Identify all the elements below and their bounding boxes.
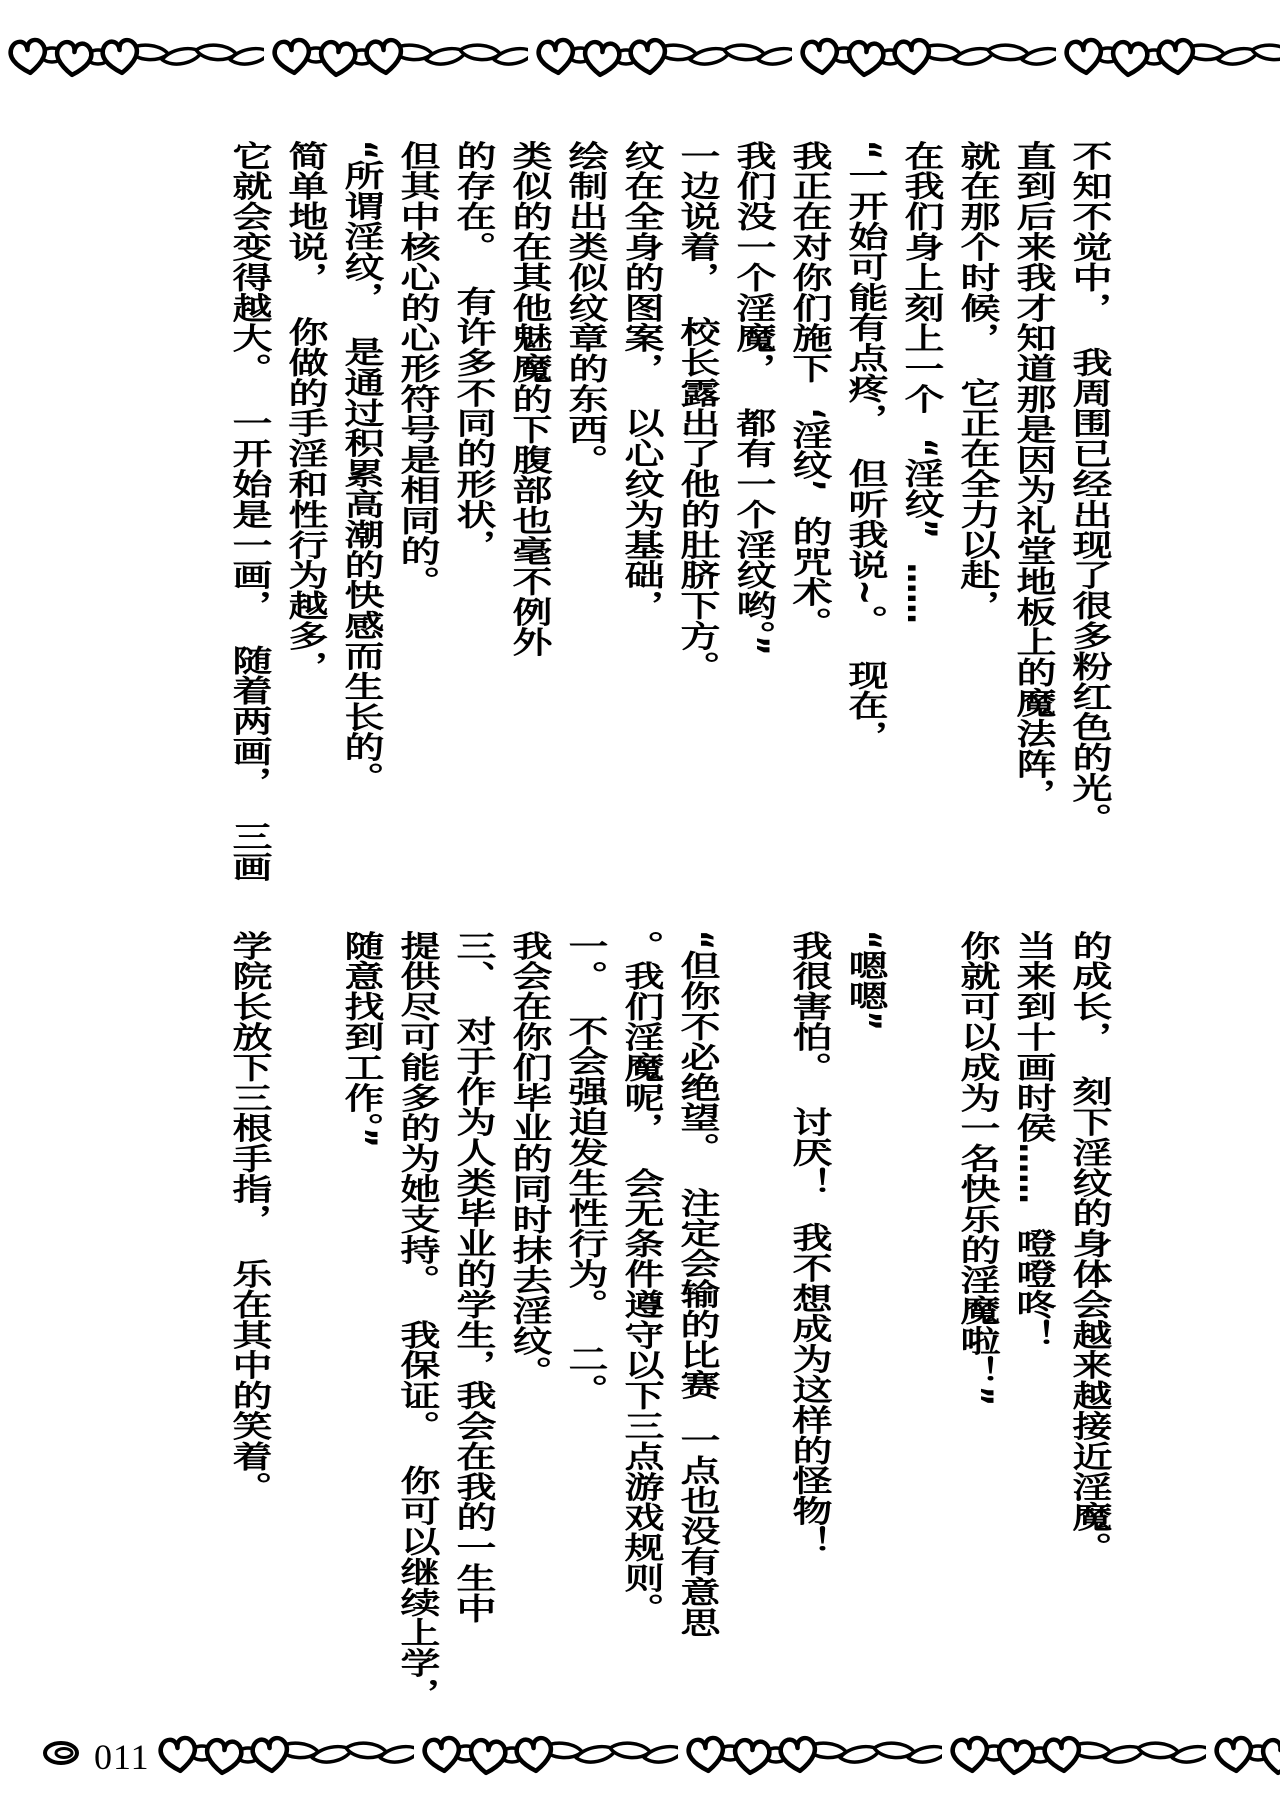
text-column: 一。 不会强迫发生性行为。 二。: [557, 930, 613, 1708]
text-column: 就在那个时候， 它正在全力以赴，: [949, 140, 1005, 882]
text-column: 纹在全身的图案， 以心纹为基础，: [613, 140, 669, 882]
text-column: 我会在你们毕业的同时抹去淫纹。: [501, 930, 557, 1708]
text-block-bottom: 的成长， 刻下淫纹的身体会越来越接近淫魔。 当来到十画时侯…… 噔噔咚！ 你就可…: [221, 930, 1117, 1708]
page-number: 011: [94, 1736, 150, 1778]
chain-border-top-icon: [0, 32, 1280, 78]
text-column: 但其中核心的心形符号是相同的。: [389, 140, 445, 882]
text-column: 的存在。 有许多不同的形状，: [445, 140, 501, 882]
text-column: 的成长， 刻下淫纹的身体会越来越接近淫魔。: [1061, 930, 1117, 1708]
text-column: “一开始可能有点疼， 但听我说~。 现在，: [837, 140, 893, 882]
chain-border-bottom-icon: [150, 1730, 1280, 1776]
text-column: “但你不必绝望。 注定会输的比赛 一点也没有意思: [669, 930, 725, 1708]
text-column: 直到后来我才知道那是因为礼堂地板上的魔法阵，: [1005, 140, 1061, 882]
text-column: 我正在对你们施下 ‘淫纹’ 的咒术。: [781, 140, 837, 882]
chain-end-loop-icon: [42, 1741, 82, 1765]
text-column: 绘制出类似纹章的东西。: [557, 140, 613, 882]
text-column-blank: [725, 930, 781, 1708]
text-column: 我们没一个淫魔， 都有一个淫纹哟。”: [725, 140, 781, 882]
text-column: 当来到十画时侯…… 噔噔咚！: [1005, 930, 1061, 1708]
text-column: 。我们淫魔呢， 会无条件遵守以下三点游戏规则。: [613, 930, 669, 1708]
text-column: “所谓淫纹， 是通过积累高潮的快感而生长的。: [333, 140, 389, 882]
text-column: 类似的在其他魅魔的下腹部也毫不例外: [501, 140, 557, 882]
text-column: 提供尽可能多的为她支持。 我保证。 你可以继续上学，: [389, 930, 445, 1708]
text-column: 随意找到工作。”: [333, 930, 389, 1708]
text-column: 它就会变得越大。 一开始是一画， 随着两画， 三画: [221, 140, 277, 882]
text-column: 简单地说， 你做的手淫和性行为越多，: [277, 140, 333, 882]
text-column: 三、 对于作为人类毕业的学生，我会在我的一生中: [445, 930, 501, 1708]
text-column: 你就可以成为一名快乐的淫魔啦！”: [949, 930, 1005, 1708]
text-column: 不知不觉中， 我周围已经出现了很多粉红色的光。: [1061, 140, 1117, 882]
text-column-blank: [893, 930, 949, 1708]
text-block-top: 不知不觉中， 我周围已经出现了很多粉红色的光。 直到后来我才知道那是因为礼堂地板…: [221, 140, 1117, 882]
text-column: 在我们身上刻上一个 “淫纹” ……: [893, 140, 949, 882]
text-column: 学院长放下三根手指， 乐在其中的笑着。: [221, 930, 277, 1708]
text-column: 一边说着， 校长露出了他的肚脐下方。: [669, 140, 725, 882]
text-column: “嗯嗯”: [837, 930, 893, 1708]
text-column-blank: [277, 930, 333, 1708]
novel-page: 011 不知不觉中， 我周围已经出现了很多粉红色的光。 直到后来我才知道那是因为…: [0, 0, 1280, 1816]
text-column: 我很害怕。 讨厌！ 我不想成为这样的怪物！: [781, 930, 837, 1708]
